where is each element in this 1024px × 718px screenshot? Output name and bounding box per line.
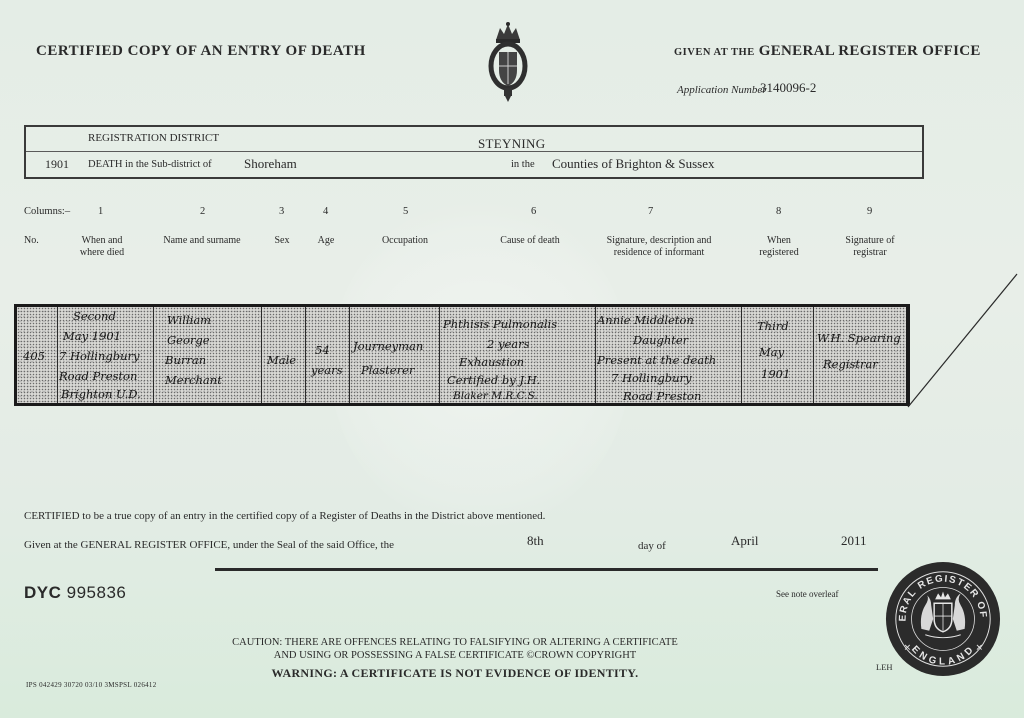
cell-when-where: Second May 1901 7 Hollingbury Road Prest… — [57, 307, 154, 403]
cause-line3: Exhaustion — [459, 355, 524, 369]
cause-line2: 2 years — [487, 337, 530, 351]
caution-line-1: CAUTION: THERE ARE OFFENCES RELATING TO … — [190, 636, 720, 649]
column-number-1: 1 — [98, 206, 103, 217]
informant-description: Present at the death — [597, 353, 716, 367]
office-name: GENERAL REGISTER OFFICE — [759, 43, 981, 59]
surname: Merchant — [165, 373, 222, 387]
svg-text:✕: ✕ — [904, 642, 911, 652]
box-divider — [26, 151, 922, 152]
place-of-death-line1: 7 Hollingbury — [59, 349, 140, 363]
cell-occupation: Journeyman Plasterer — [349, 307, 440, 403]
header-sex: Sex — [270, 235, 294, 247]
subdistrict: Shoreham — [244, 156, 297, 172]
informant-relation: Daughter — [633, 333, 688, 347]
cell-informant: Annie Middleton Daughter Present at the … — [595, 307, 742, 403]
caution-line-2: AND USING OR POSSESSING A FALSE CERTIFIC… — [190, 649, 720, 662]
column-number-6: 6 — [531, 206, 536, 217]
cell-age: 54 years — [305, 307, 350, 403]
serial-number: 995836 — [67, 583, 127, 602]
column-number-8: 8 — [776, 206, 781, 217]
cell-when-registered: Third May 1901 — [741, 307, 814, 403]
entry-number: 405 — [23, 349, 45, 363]
informant-address-line2: Road Preston — [623, 389, 701, 403]
header-age: Age — [314, 235, 338, 247]
royal-crest-icon — [488, 22, 528, 104]
forename-2: George — [167, 333, 210, 347]
cell-no: 405 — [17, 307, 58, 403]
registration-district: STEYNING — [478, 136, 545, 152]
header-informant: Signature, description and residence of … — [598, 235, 720, 259]
column-number-7: 7 — [648, 206, 653, 217]
registrar-title: Registrar — [823, 357, 878, 371]
certification-statement: CERTIFIED to be a true copy of an entry … — [24, 510, 545, 522]
forename-1: William — [167, 313, 211, 327]
issue-month: April — [731, 533, 758, 549]
header-name: Name and surname — [152, 235, 252, 247]
print-code: IPS 042429 30720 03/10 3MSPSL 026412 — [26, 681, 157, 689]
registration-year: 1901 — [45, 157, 69, 172]
application-number-label: Application Number — [677, 84, 767, 96]
header-no: No. — [24, 235, 39, 247]
header-when-registered: When registered — [752, 235, 806, 259]
county-label: in the — [511, 159, 535, 170]
application-number: 3140096-2 — [760, 80, 816, 96]
day-of-label: day of — [638, 540, 666, 552]
identity-warning: WARNING: A CERTIFICATE IS NOT EVIDENCE O… — [190, 666, 720, 681]
issue-day: 8th — [527, 533, 544, 549]
informant-name: Annie Middleton — [597, 313, 694, 327]
certificate-title: CERTIFIED COPY OF AN ENTRY OF DEATH — [36, 43, 366, 60]
informant-address-line1: 7 Hollingbury — [611, 371, 692, 385]
header-cause: Cause of death — [490, 235, 570, 247]
occupation-line1: Journeyman — [353, 339, 423, 353]
register-entry-row: 405 Second May 1901 7 Hollingbury Road P… — [14, 304, 910, 406]
place-of-death-line3: Brighton U.D. — [61, 387, 141, 401]
caution-text: CAUTION: THERE ARE OFFENCES RELATING TO … — [190, 636, 720, 662]
cell-registrar: W.H. Spearing Registrar — [813, 307, 906, 403]
issue-year: 2011 — [841, 533, 867, 549]
signature-rule — [215, 568, 878, 571]
cell-sex: Male — [261, 307, 306, 403]
place-of-death-line2: Road Preston — [59, 369, 137, 383]
forename-3: Burran — [165, 353, 206, 367]
age-value: 54 — [315, 343, 330, 357]
column-number-5: 5 — [403, 206, 408, 217]
office-heading: GIVEN AT THE GENERAL REGISTER OFFICE — [674, 43, 981, 60]
sex-value: Male — [267, 353, 296, 367]
header-registrar: Signature of registrar — [838, 235, 902, 259]
cause-line1: Phthisis Pulmonalis — [443, 317, 557, 331]
column-number-9: 9 — [867, 206, 872, 217]
svg-text:✕: ✕ — [975, 642, 982, 652]
registration-district-label: REGISTRATION DISTRICT — [88, 132, 219, 144]
overleaf-note: See note overleaf — [776, 589, 838, 599]
date-of-death-day: Second — [73, 309, 116, 323]
given-at-statement: Given at the GENERAL REGISTER OFFICE, un… — [24, 539, 394, 551]
cause-line5: Blaker M.R.C.S. — [453, 389, 538, 403]
diagonal-cancellation-line — [905, 270, 1024, 410]
column-number-3: 3 — [279, 206, 284, 217]
column-number-2: 2 — [200, 206, 205, 217]
occupation-line2: Plasterer — [361, 363, 414, 377]
certificate-serial: DYC 995836 — [24, 583, 126, 603]
general-register-office-seal-icon: GENERAL REGISTER OFFICE ENGLAND ✕ ✕ — [884, 560, 1002, 678]
county: Counties of Brighton & Sussex — [552, 156, 715, 172]
given-at-prefix: GIVEN AT THE — [674, 47, 755, 58]
serial-prefix: DYC — [24, 583, 61, 602]
registered-year: 1901 — [761, 367, 790, 381]
cell-cause: Phthisis Pulmonalis 2 years Exhaustion C… — [439, 307, 596, 403]
cell-name: William George Burran Merchant — [153, 307, 262, 403]
columns-label: Columns:– — [24, 206, 70, 217]
age-unit: years — [311, 363, 343, 377]
subdistrict-label: DEATH in the Sub-district of — [88, 159, 212, 170]
header-when-where: When and where died — [72, 235, 132, 259]
header-occupation: Occupation — [370, 235, 440, 247]
registered-day: Third — [757, 319, 789, 333]
registrar-signature: W.H. Spearing — [817, 331, 901, 345]
cause-line4: Certified by J.H. — [447, 373, 540, 387]
date-of-death-month-year: May 1901 — [63, 329, 121, 343]
registered-month: May — [759, 345, 784, 359]
column-number-4: 4 — [323, 206, 328, 217]
